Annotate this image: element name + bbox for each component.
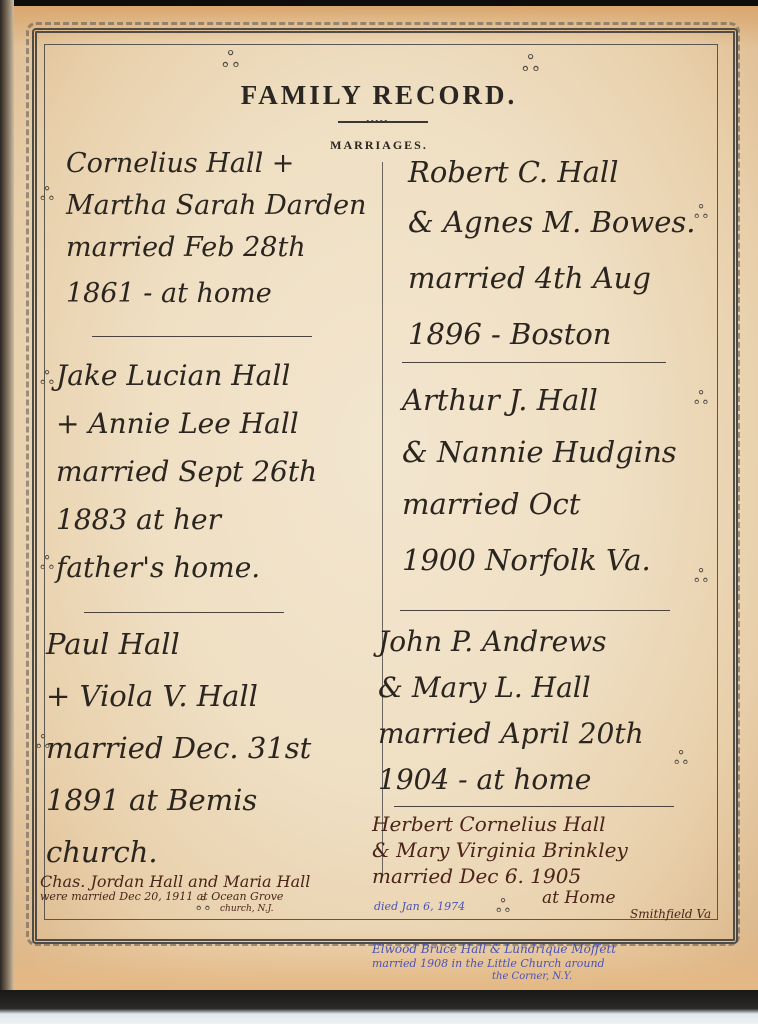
entry-line: married Dec 6. 1905 (372, 866, 711, 890)
entry-line: married Oct (402, 490, 677, 546)
entry-line: 1861 - at home (66, 280, 366, 322)
entry-line: Martha Sarah Darden (66, 192, 366, 234)
entry-separator (394, 806, 674, 807)
entry-separator (84, 612, 284, 613)
scroll-ornament-icon: ஃ (40, 370, 54, 388)
entry-line: 1900 Norfolk Va. (402, 546, 677, 590)
annotation-line: married 1908 in the Little Church around (372, 957, 616, 971)
entry-line: Arthur J. Hall (402, 386, 677, 438)
marriage-entry: John P. Andrews & Mary L. Hall married A… (378, 628, 644, 806)
annotation-line: church, N.J. (40, 904, 310, 914)
scroll-ornament-icon: ஃ (40, 186, 54, 204)
entry-line: 1904 - at home (378, 766, 644, 806)
page-edge-shadow (0, 990, 758, 1024)
entry-line: + Viola V. Hall (46, 682, 311, 734)
entry-line: 1891 at Bemis (46, 786, 311, 838)
entry-line: married Feb 28th (66, 234, 366, 280)
scroll-ornament-icon: ஃ (674, 750, 688, 768)
marriage-entry: Robert C. Hall & Agnes M. Bowes. married… (408, 158, 695, 364)
death-note: died Jan 6, 1974 (374, 900, 465, 913)
annotation-line: Chas. Jordan Hall and Maria Hall (40, 872, 310, 890)
title-rule-dots: ••••• (366, 117, 389, 128)
entry-line: & Mary Virginia Brinkley (372, 840, 711, 866)
entry-separator (402, 362, 666, 363)
entry-line: married Sept 26th (56, 458, 317, 506)
entry-line: Paul Hall (46, 630, 311, 682)
scroll-ornament-icon: ஃ (222, 50, 239, 72)
entry-line: John P. Andrews (378, 628, 644, 674)
entry-line: 1896 - Boston (408, 320, 695, 364)
annotation-line: Elwood Bruce Hall & Lundrique Moffett (372, 942, 616, 957)
scroll-ornament-icon: ஃ (694, 390, 708, 408)
marriage-entry: Paul Hall + Viola V. Hall married Dec. 3… (46, 630, 311, 878)
entry-line: & Mary L. Hall (378, 674, 644, 720)
marriage-entry: Cornelius Hall + Martha Sarah Darden mar… (66, 150, 366, 322)
entry-separator (92, 336, 312, 337)
entry-line: + Annie Lee Hall (56, 410, 317, 458)
entry-line: married Dec. 31st (46, 734, 311, 786)
scroll-ornament-icon: ஃ (694, 568, 708, 586)
footer-annotation: Elwood Bruce Hall & Lundrique Moffett ma… (372, 942, 616, 982)
entry-line: 1883 at her (56, 506, 317, 554)
entry-separator (400, 610, 670, 611)
annotation-line: were married Dec 20, 1911 at Ocean Grove (40, 890, 310, 904)
scroll-ornament-icon: ஃ (40, 555, 54, 573)
entry-line: Robert C. Hall (408, 158, 695, 208)
entry-line: married 4th Aug (408, 264, 695, 320)
scroll-ornament-icon: ஃ (694, 204, 708, 222)
entry-line: father's home. (56, 554, 317, 602)
page-title: FAMILY RECORD. (0, 80, 758, 111)
entry-line: & Nannie Hudgins (402, 438, 677, 490)
entry-line: Jake Lucian Hall (56, 362, 317, 410)
scroll-ornament-icon: ஃ (522, 54, 539, 76)
bottom-left-annotation: Chas. Jordan Hall and Maria Hall were ma… (40, 872, 310, 914)
entry-line: & Agnes M. Bowes. (408, 208, 695, 264)
entry-line: Herbert Cornelius Hall (372, 814, 711, 840)
annotation-line: the Corner, N.Y. (372, 971, 616, 982)
marriage-entry: Arthur J. Hall & Nannie Hudgins married … (402, 386, 677, 590)
entry-line: Cornelius Hall + (66, 150, 366, 192)
entry-line: married April 20th (378, 720, 644, 766)
marriage-entry: Jake Lucian Hall + Annie Lee Hall marrie… (56, 362, 317, 602)
